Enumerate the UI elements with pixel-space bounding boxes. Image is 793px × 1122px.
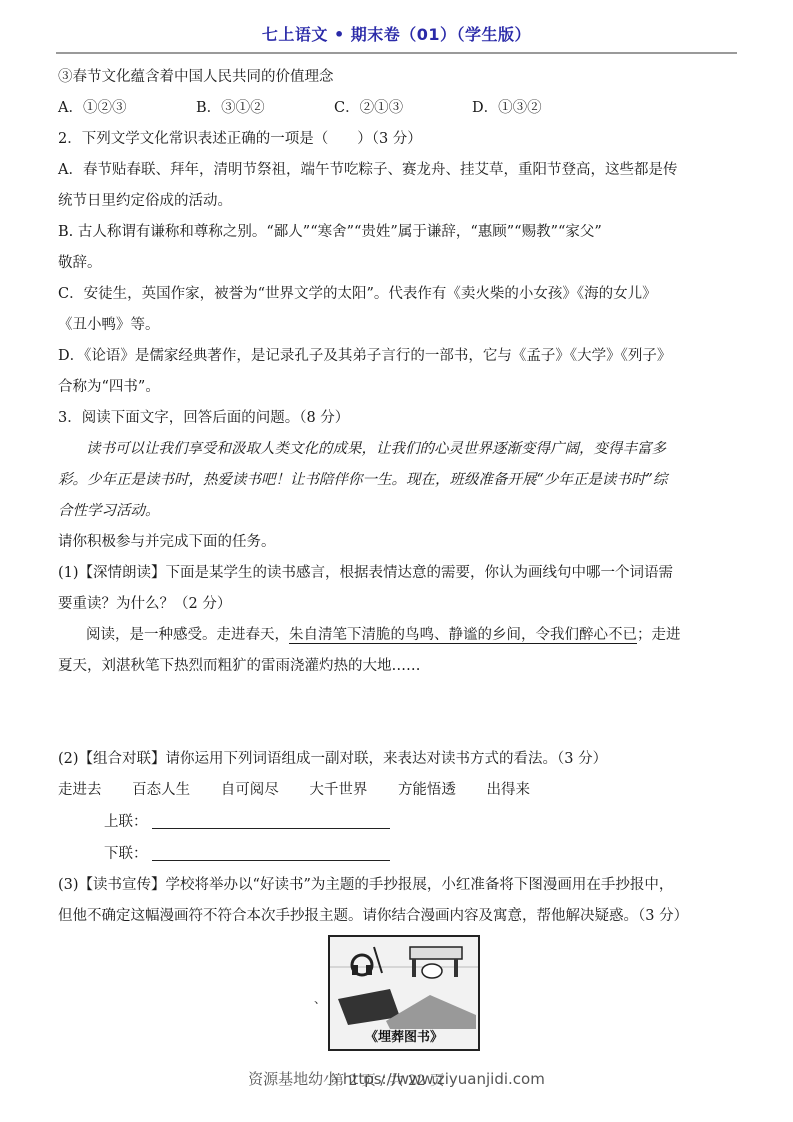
quote-suffix: ；走进 [637,627,681,643]
upper-couplet-blank[interactable] [152,812,390,829]
q2-option-a-line2: 统节日里约定俗成的活动。 [58,186,738,217]
comic-caption: 《埋葬图书》 [330,1026,478,1045]
word-item: 自可阅尽 [221,775,279,806]
answer-space [58,682,738,744]
q3-sub2-stem: (2)【组合对联】请你运用下列词语组成一副对联，来表达对读书方式的看法。（3 分… [58,744,738,775]
q2-option-b-line2: 敬辞。 [58,248,738,279]
q1-option-a: A．①②③ [58,93,196,124]
word-item: 百态人生 [132,775,190,806]
word-item: 大千世界 [309,775,367,806]
q1-item-3: ③春节文化蕴含着中国人民共同的价值理念 [58,62,738,93]
word-item: 方能悟透 [398,775,456,806]
q2-option-a-line1: A．春节贴春联、拜年，清明节祭祖，端午节吃粽子、赛龙舟、挂艾草，重阳节登高，这些… [58,155,738,186]
q3-sub3-stem-line2: 但他不确定这幅漫画符不符合本次手抄报主题。请你结合漫画内容及寓意，帮他解决疑惑。… [58,901,738,932]
q3-passage-line3: 合性学习活动。 [58,496,738,527]
page-header: 七上语文 • 期末卷（01）（学生版） [56,20,737,54]
quote-underlined-sentence: 朱自清笔下清脆的鸟鸣、静谧的乡间，令我们醉心不已 [289,627,637,643]
lower-couplet-row: 下联： [58,838,738,870]
q3-sub3-stem-line1: (3)【读书宣传】学校将举办以“好读书”为主题的手抄报展，小红准备将下图漫画用在… [58,870,738,901]
upper-couplet-label: 上联： [104,814,148,830]
q2-option-c-line2: 《丑小鸭》等。 [58,310,738,341]
quote-prefix: 阅读，是一种感受。走进春天， [86,627,289,643]
stray-mark: 、 [314,990,326,1007]
lower-couplet-label: 下联： [104,846,148,862]
q2-option-c-line1: C．安徒生，英国作家，被誉为“世界文学的太阳”。代表作有《卖火柴的小女孩》《海的… [58,279,738,310]
q1-option-b: B．③①② [196,93,334,124]
document-title: 七上语文 • 期末卷（01）（学生版） [56,22,737,45]
q2-option-d-line2: 合称为“四书”。 [58,372,738,403]
q1-option-d: D．①③② [472,93,610,124]
header-divider [56,52,737,54]
word-item: 出得来 [487,775,531,806]
q1-options: A．①②③ B．③①② C．②①③ D．①③② [58,93,738,124]
q3-sub1-quote-line2: 夏天，刘湛秋笔下热烈而粗犷的雷雨浇灌灼热的大地…… [58,651,738,682]
q2-option-d-line1: D．《论语》是儒家经典著作，是记录孔子及其弟子言行的一部书，它与《孟子》《大学》… [58,341,738,372]
q3-passage-line2: 彩。少年正是读书时，热爱读书吧！让书陪伴你一生。现在，班级准备开展“少年正是读书… [58,465,738,496]
lower-couplet-blank[interactable] [152,844,390,861]
q3-stem: 3．阅读下面文字，回答后面的问题。（8 分） [58,403,738,434]
page-number: 第 2 页 / 共 22 页 [330,1070,444,1090]
q3-sub1-stem-line2: 要重读？为什么？（2 分） [58,589,738,620]
q3-passage-line1: 读书可以让我们享受和汲取人类文化的成果，让我们的心灵世界逐渐变得广阔，变得丰富多 [58,434,738,465]
comic-image: 《埋葬图书》 [328,935,480,1051]
q2-option-b-line1: B. 古人称谓有谦称和尊称之别。“鄙人”“寒舍”“贵姓”属于谦辞，“惠顾”“赐教… [58,217,738,248]
exam-content: ③春节文化蕴含着中国人民共同的价值理念 A．①②③ B．③①② C．②①③ D．… [58,62,738,932]
q3-sub1-quote-line1: 阅读，是一种感受。走进春天，朱自清笔下清脆的鸟鸣、静谧的乡间，令我们醉心不已；走… [58,620,738,651]
q3-instruction: 请你积极参与并完成下面的任务。 [58,527,738,558]
q2-stem: 2．下列文学文化常识表述正确的一项是（ ）（3 分） [58,124,738,155]
q3-sub2-word-list: 走进去 百态人生 自可阅尽 大千世界 方能悟透 出得来 [58,775,738,806]
q3-sub1-stem-line1: (1)【深情朗读】下面是某学生的读书感言，根据表情达意的需要，你认为画线句中哪一… [58,558,738,589]
q1-option-c: C．②①③ [334,93,472,124]
upper-couplet-row: 上联： [58,806,738,838]
word-item: 走进去 [58,775,102,806]
